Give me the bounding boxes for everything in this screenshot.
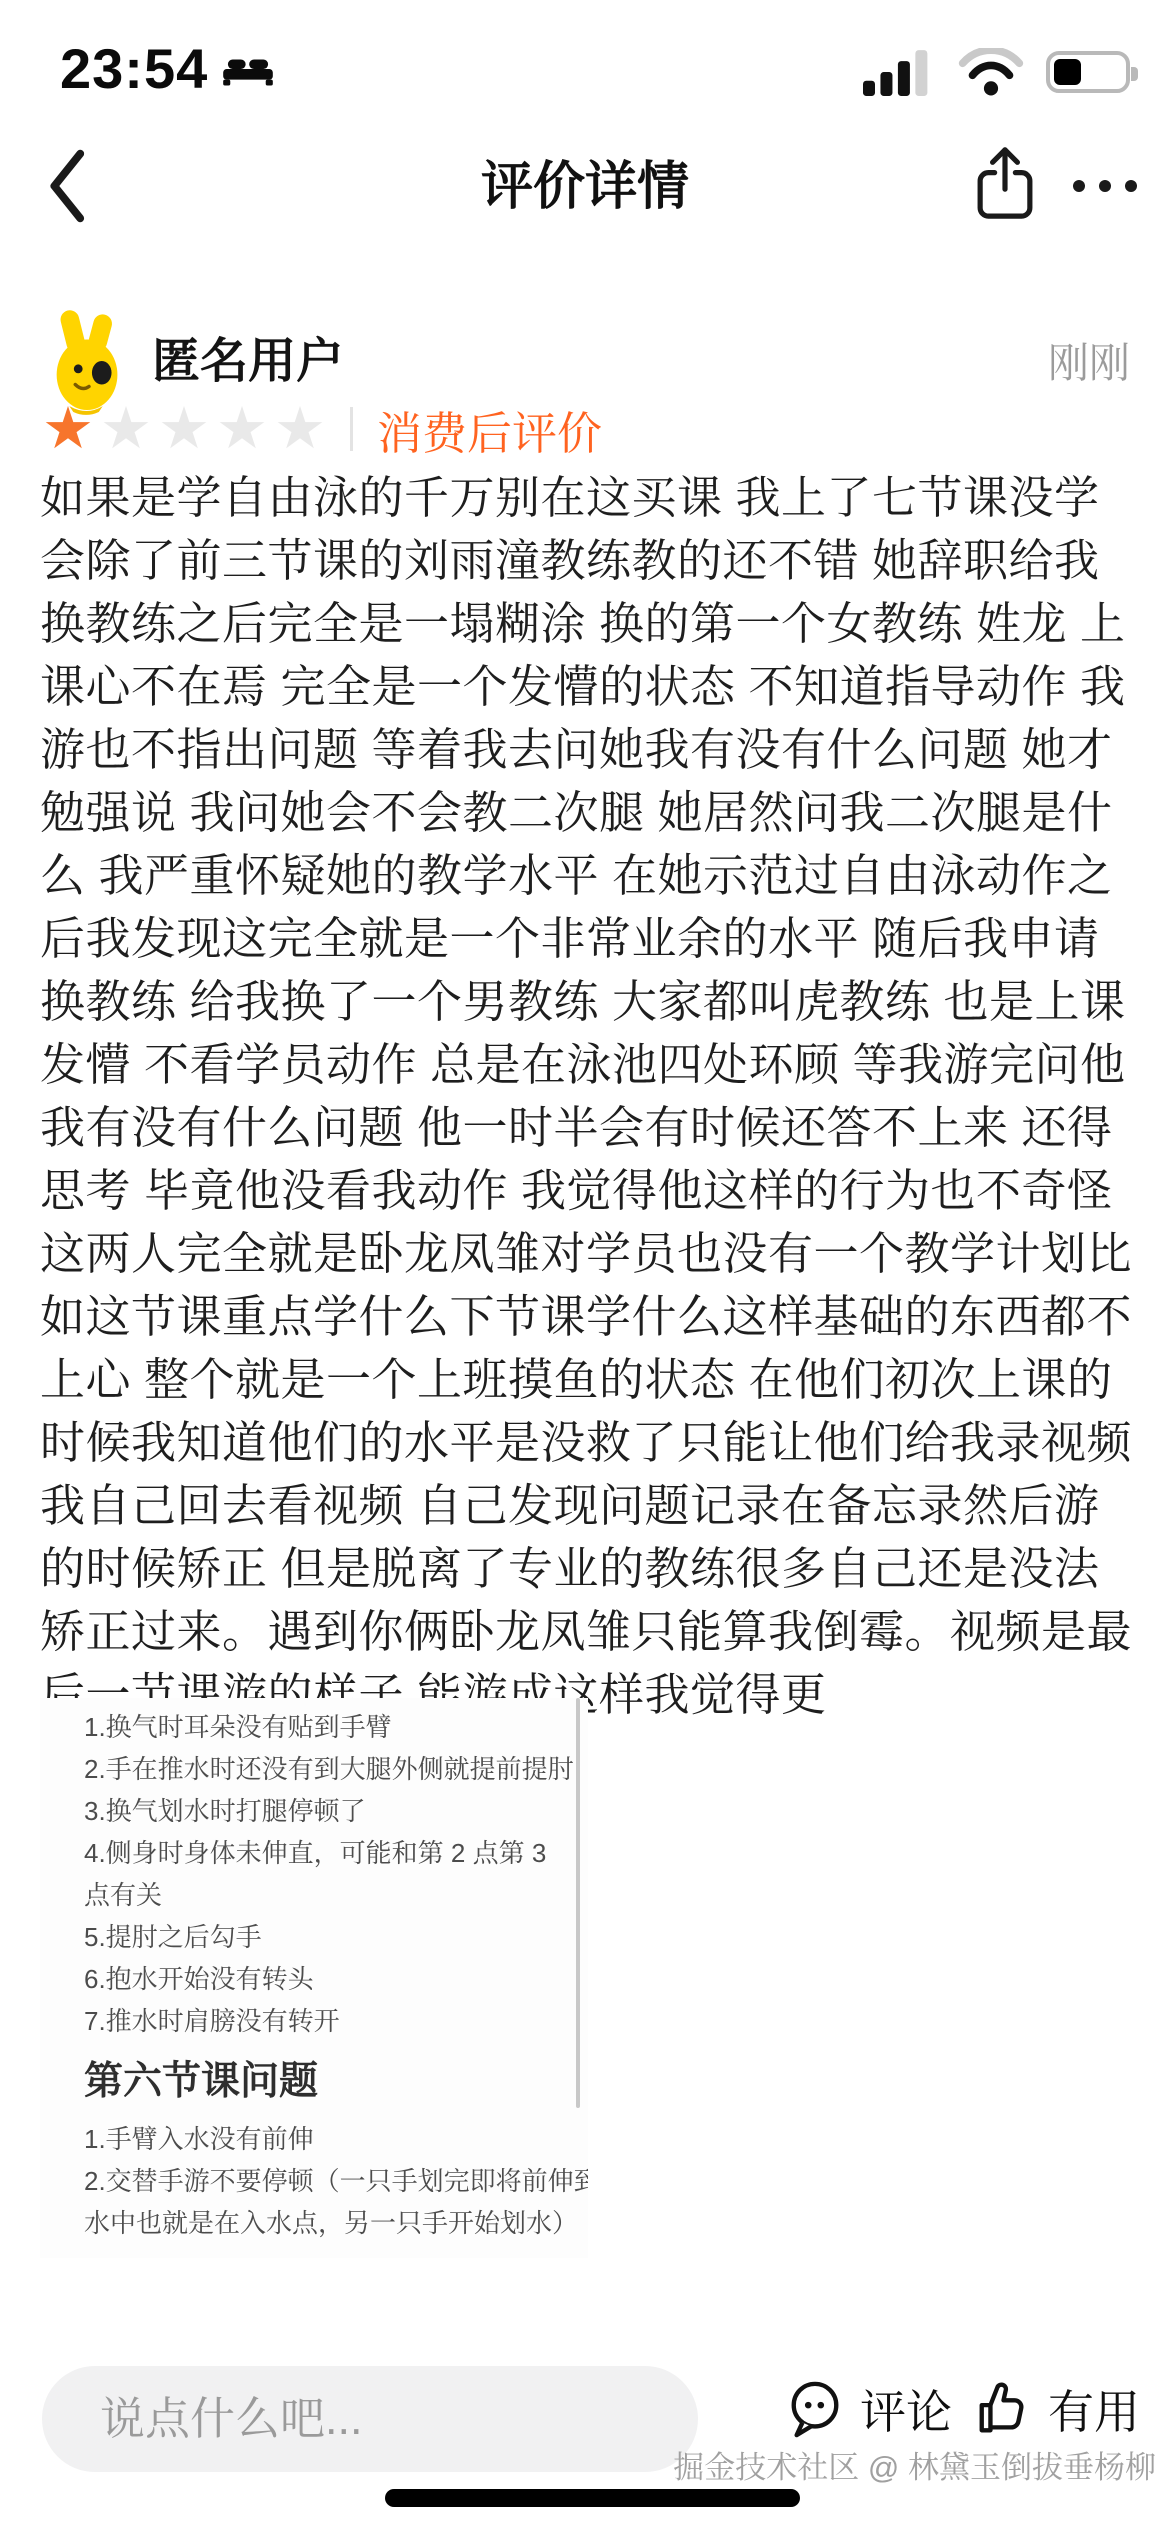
nav-bar: 评价详情: [0, 118, 1170, 248]
wifi-icon: [958, 48, 1024, 96]
attached-note-image[interactable]: 1.换气时耳朵没有贴到手臂2.手在推水时还没有到大腿外侧就提前提肘3.换气划水时…: [40, 1698, 588, 2258]
watermark: 掘金技术社区 @ 林黛玉倒拔垂杨柳: [673, 2442, 1156, 2487]
note-section-title: 第六节课问题: [84, 2058, 588, 2106]
divider: [350, 407, 353, 451]
star-icon: ★: [216, 400, 268, 458]
review-body-text: 如果是学自由泳的千万别在这买课 我上了七节课没学会除了前三节课的刘雨潼教练教的还…: [40, 466, 1134, 1726]
cellular-signal-icon: [862, 48, 936, 96]
note-line: 2.手在推水时还没有到大腿外侧就提前提肘: [84, 1748, 588, 1790]
status-time: 23:54: [60, 36, 208, 101]
note-line: 1.换气时耳朵没有贴到手臂: [84, 1706, 588, 1748]
note-line: 3.换气划水时打腿停顿了: [84, 1790, 588, 1832]
note-line: 5.提肘之后勾手: [84, 1916, 588, 1958]
bedtime-mode-icon: [222, 52, 274, 86]
share-icon: [976, 145, 1034, 221]
share-button[interactable]: [970, 138, 1040, 228]
useful-button[interactable]: 有用: [974, 2376, 1140, 2442]
more-button[interactable]: [1062, 156, 1148, 216]
note-line: 2.交替手游不要停顿（一只手划完即将前伸到: [84, 2160, 588, 2202]
status-bar: 23:54: [0, 0, 1170, 110]
battery-icon: [1046, 51, 1130, 93]
review-detail-screen: 23:54: [0, 0, 1170, 2532]
note-list-2: 1.手臂入水没有前伸2.交替手游不要停顿（一只手划完即将前伸到水中也就是在入水点…: [84, 2118, 588, 2244]
star-rating: ★★★★★: [42, 400, 332, 458]
star-icon: ★: [100, 400, 152, 458]
note-line: 4.侧身时身体未伸直，可能和第 2 点第 3: [84, 1832, 588, 1874]
user-name: 匿名用户: [152, 322, 344, 391]
comment-label: 评论: [860, 2376, 952, 2442]
useful-label: 有用: [1048, 2376, 1140, 2442]
home-indicator[interactable]: [385, 2489, 800, 2507]
note-list-1: 1.换气时耳朵没有贴到手臂2.手在推水时还没有到大腿外侧就提前提肘3.换气划水时…: [84, 1706, 588, 2042]
star-icon: ★: [274, 400, 326, 458]
posted-time: 刚刚: [1048, 330, 1130, 389]
comment-bubble-icon: [786, 2379, 844, 2439]
star-icon: ★: [158, 400, 210, 458]
comment-input[interactable]: [42, 2366, 698, 2472]
note-line: 水中也就是在入水点，另一只手开始划水）: [84, 2202, 588, 2244]
note-line: 1.手臂入水没有前伸: [84, 2118, 588, 2160]
rating-row: ★★★★★ 消费后评价: [42, 398, 602, 460]
note-line: 6.抱水开始没有转头: [84, 1958, 588, 2000]
note-scrollbar: [576, 1698, 580, 2108]
status-icons: [862, 48, 1130, 96]
note-line: 点有关: [84, 1874, 588, 1916]
star-icon: ★: [42, 400, 94, 458]
note-line: 7.推水时肩膀没有转开: [84, 2000, 588, 2042]
ellipsis-icon: [1069, 176, 1141, 196]
thumbs-up-icon: [974, 2380, 1032, 2438]
comment-button[interactable]: 评论: [786, 2376, 952, 2442]
review-tag: 消费后评价: [377, 397, 602, 462]
